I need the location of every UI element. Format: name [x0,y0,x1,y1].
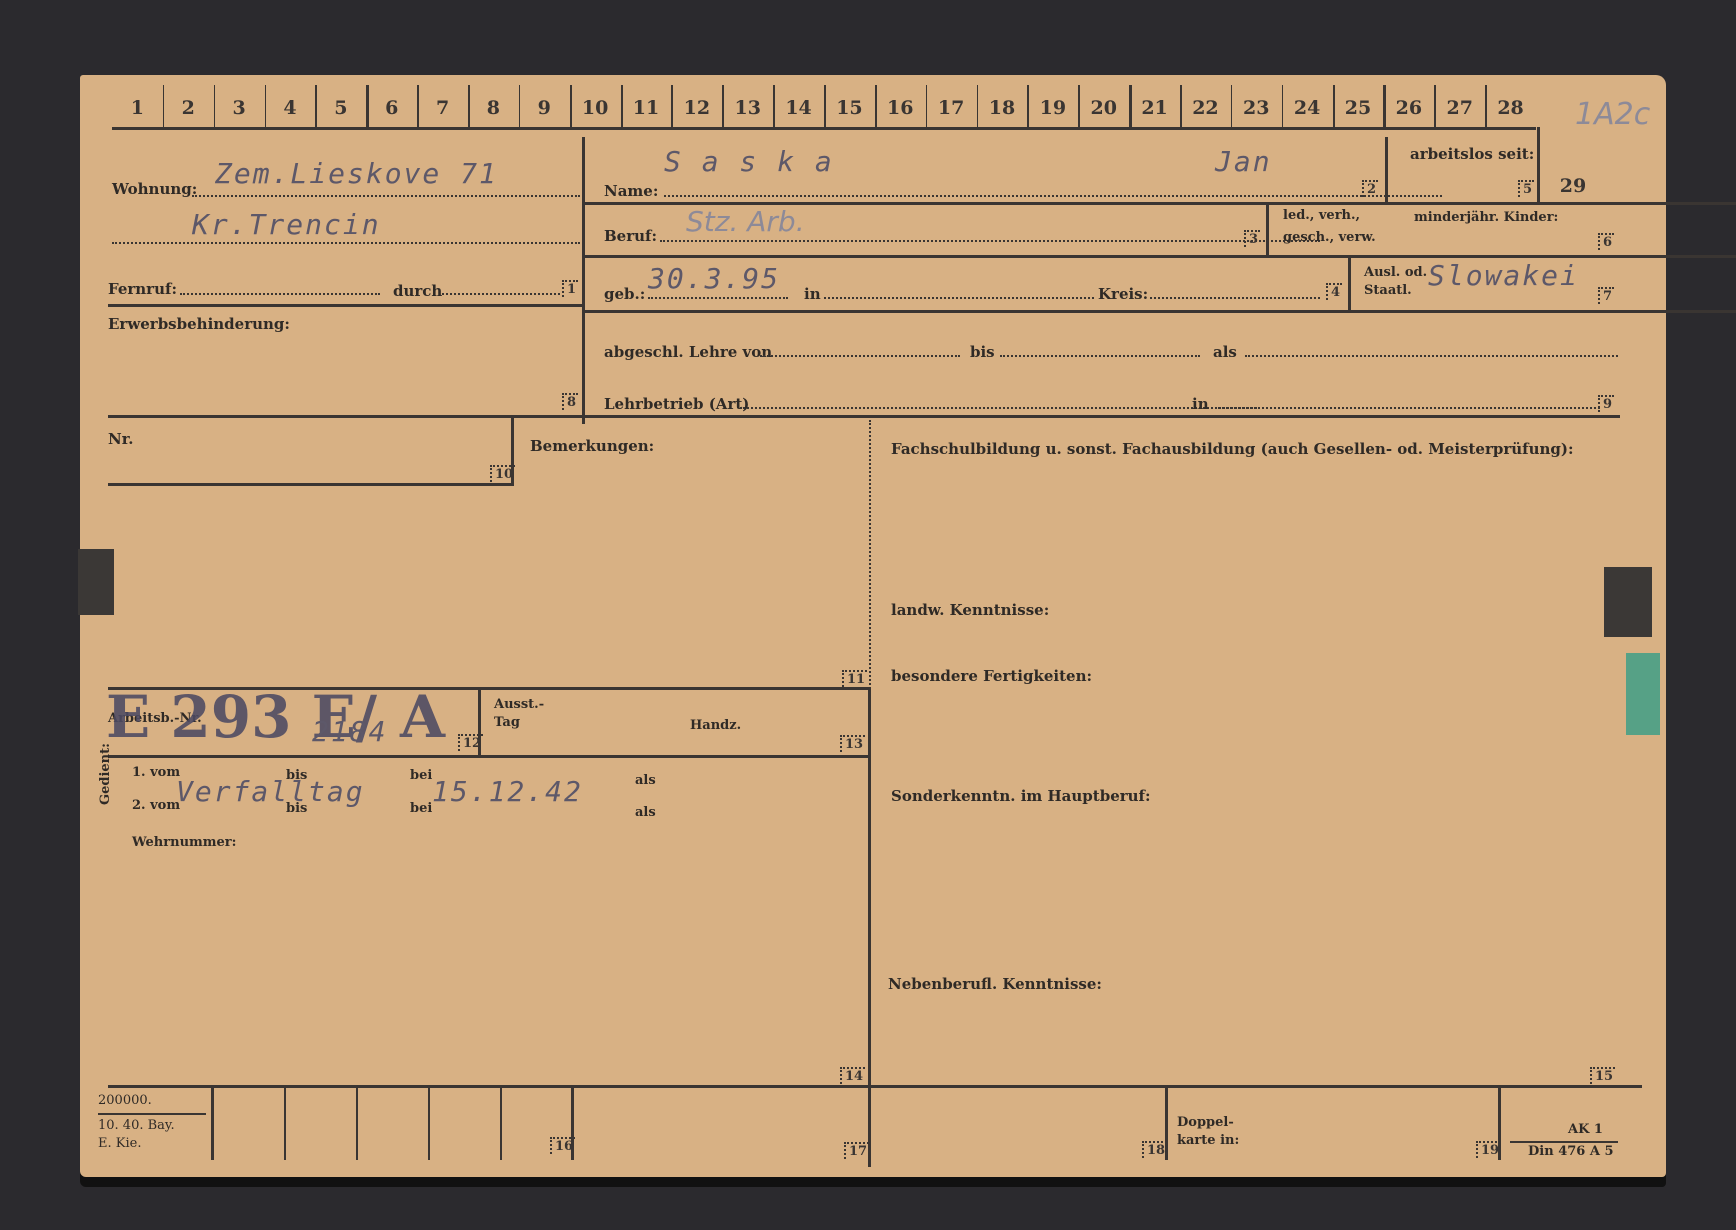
name-label: Name: [604,182,658,200]
fernruf-line [180,293,380,295]
wohnung-label: Wohnung: [112,180,197,198]
field-box-9: 9 [1598,395,1614,412]
column-number-24: 24 [1287,97,1327,119]
fachschul-label: Fachschulbildung u. sonst. Fachausbildun… [891,440,1574,458]
column-separator [875,85,878,129]
print-run: 200000. [98,1093,152,1108]
field-box-5: 5 [1518,180,1534,197]
column-number-13: 13 [728,97,768,119]
rule [108,483,514,486]
durch-label: durch [393,282,442,300]
column-number-25: 25 [1338,97,1378,119]
column-number-20: 20 [1084,97,1124,119]
din-code: Din 476 A 5 [1528,1144,1614,1159]
column-number-28: 28 [1491,97,1531,119]
field-box-2: 2 [1362,180,1378,197]
column-number-6: 6 [372,97,412,119]
lehrbetrieb-label: Lehrbetrieb (Art) [604,395,749,413]
geb-value[interactable]: 30.3.95 [648,262,780,295]
column-number-21: 21 [1135,97,1175,119]
rule [1510,1141,1618,1143]
beruf-line [660,240,1320,242]
rule [582,255,1736,258]
column-separator [1129,85,1132,129]
column-separator [1485,85,1487,129]
handz-label: Handz. [690,718,741,733]
divider [356,1087,358,1160]
lehre-von-line [760,355,960,357]
field-box-17: 17 [844,1142,869,1159]
field-box-16: 16 [550,1137,575,1154]
arbeitsbuch-stamp-suffix: A [400,683,445,751]
column-number-5: 5 [321,97,361,119]
ausst-label-1: Ausst.- [494,697,544,712]
column-separator [773,85,775,129]
fertigkeiten-label: besondere Fertigkeiten: [891,667,1092,685]
gedient-row1-vom: 1. vom [132,765,180,780]
doppelkarte-label-2: karte in: [1177,1133,1239,1148]
column-separator [265,85,267,129]
verfalltag-typed[interactable]: Verfalltag [176,775,365,808]
field-box-3: 3 [1244,230,1260,247]
field-box-15: 15 [1590,1067,1615,1084]
gedient-row2-bei: bei [410,801,432,816]
gedient-row1-als: als [635,773,656,788]
rule [108,415,1620,418]
column-separator [1333,85,1336,129]
divider [500,1087,502,1160]
field-box-14: 14 [840,1067,865,1084]
column-number-10: 10 [575,97,615,119]
column-separator [1027,85,1029,129]
column-separator [468,85,470,129]
rule [582,310,1736,313]
lehre-bis-label: bis [970,343,995,361]
divider [1537,127,1540,205]
geb-label: geb.: [604,285,645,303]
divider [478,687,481,757]
column-separator [315,85,317,129]
form-code: AK 1 [1568,1122,1603,1137]
lehre-als-label: als [1213,343,1237,361]
ausst-label-2: Tag [494,715,520,730]
beruf-label: Beruf: [604,227,657,245]
erwerbsbehinderung-label: Erwerbsbehinderung: [108,315,290,333]
divider [211,1085,214,1160]
lehre-bis-line [1000,355,1200,357]
verfalltag-date-typed[interactable]: 15.12.42 [432,775,583,808]
landw-label: landw. Kenntnisse: [891,601,1049,619]
print-info-2: E. Kie. [98,1136,141,1151]
column-number-9: 9 [524,97,564,119]
column-number-12: 12 [677,97,717,119]
column-separator [417,85,419,129]
column-number-16: 16 [880,97,920,119]
staat-label-2: Staatl. [1364,283,1412,298]
field-box-19: 19 [1476,1141,1501,1158]
field-box-8: 8 [562,393,578,410]
sonderkenntn-label: Sonderkenntn. im Hauptberuf: [891,787,1151,805]
bemerkungen-label: Bemerkungen: [530,437,654,455]
beruf-value[interactable]: Stz. Arb. [686,205,805,238]
familienstand-label-1: led., verh., [1283,208,1360,223]
arbeitslos-label: arbeitslos seit: [1410,145,1534,163]
geb-line [648,297,788,299]
lehre-als-line [1245,355,1618,357]
field-box-6: 6 [1598,233,1614,250]
column-number-7: 7 [423,97,463,119]
field-box-1: 1 [562,280,578,297]
doppelkarte-label-1: Doppel- [1177,1115,1234,1130]
field-box-11: 11 [842,670,867,687]
column-separator [570,85,573,129]
column-number-29: 29 [1553,175,1593,197]
column-separator [824,85,826,129]
field-box-13: 13 [840,735,865,752]
fernruf-label: Fernruf: [108,280,177,298]
column-number-17: 17 [931,97,971,119]
wohnung-value-line1[interactable]: Zem.Lieskove 71 [215,157,498,190]
divider [1348,255,1351,312]
column-separator [366,85,369,129]
green-marker [1626,653,1660,735]
gedient-row2-als: als [635,805,656,820]
divider [1385,137,1388,205]
column-number-11: 11 [626,97,666,119]
column-number-18: 18 [982,97,1022,119]
column-separator [1383,85,1386,129]
rule [98,1113,206,1115]
kinder-label: minderjähr. Kinder: [1414,210,1558,225]
geb-in-line [824,297,1094,299]
rule [108,755,870,758]
first-name-value[interactable]: Jan [1215,145,1272,178]
index-tab-right [1604,567,1652,637]
column-separator [977,85,979,129]
wohnung-value-line2[interactable]: Kr.Trencin [192,208,381,241]
staat-label-1: Ausl. od. [1364,265,1427,280]
rule [108,304,584,307]
column-number-2: 2 [168,97,208,119]
kreis-label: Kreis: [1098,285,1148,303]
name-line [664,195,1442,197]
column-number-15: 15 [829,97,869,119]
column-separator [1434,85,1436,129]
familienstand-label-2: gesch., verw. [1283,230,1376,245]
gedient-row1-bei: bei [410,768,432,783]
column-separator [214,85,216,129]
column-number-14: 14 [779,97,819,119]
column-separator [621,85,624,129]
column-separator [722,85,724,129]
column-number-22: 22 [1185,97,1225,119]
column-number-8: 8 [473,97,513,119]
durch-line [442,293,560,295]
gedient-row2-vom: 2. vom [132,798,180,813]
nr-label: Nr. [108,430,133,448]
divider [284,1087,286,1160]
corner-pencil-note: 1A2c [1575,97,1650,132]
lehrbetrieb-line [740,407,1260,409]
column-separator [1078,85,1080,129]
registration-card: 29 1A2c Wohnung: Zem.Lieskove 71 Kr.Tren… [80,75,1666,1177]
print-info-1: 10. 40. Bay. [98,1118,175,1133]
wehrnummer-label: Wehrnummer: [132,835,236,850]
column-number-4: 4 [270,97,310,119]
wohnung-line1 [192,195,580,197]
index-tab-left [78,549,114,615]
divider-left-right [582,137,585,424]
column-separator [519,85,521,129]
lehrbetrieb-in-line [1215,407,1600,409]
column-separator [926,85,928,129]
column-number-1: 1 [117,97,157,119]
wohnung-line2 [112,242,580,244]
column-number-3: 3 [219,97,259,119]
lehrbetrieb-in-label: in [1192,395,1209,413]
column-separator [163,85,165,129]
column-number-19: 19 [1033,97,1073,119]
divider-vertical-center [868,687,871,1167]
surname-value[interactable]: S a s k a [664,145,834,178]
field-box-7: 7 [1598,287,1614,304]
column-number-27: 27 [1440,97,1480,119]
column-number-26: 26 [1389,97,1429,119]
column-separator [1231,85,1233,129]
staat-value[interactable]: Slowakei [1428,259,1579,292]
kreis-line [1150,297,1320,299]
field-box-4: 4 [1326,283,1342,300]
column-separator [1180,85,1182,129]
column-separator [1282,85,1284,129]
field-box-18: 18 [1142,1141,1167,1158]
lehre-label: abgeschl. Lehre von [604,343,772,361]
column-number-23: 23 [1236,97,1276,119]
divider [428,1087,430,1160]
footer-rule [108,1085,1642,1088]
geb-in-label: in [804,285,821,303]
nebenberufl-label: Nebenberufl. Kenntnisse: [888,975,1102,993]
arbeitsbuch-stamp-number: 2184 [312,715,387,748]
gedient-side-label: Gedient: [98,743,113,805]
divider [1266,202,1269,257]
divider [511,415,514,485]
column-separator [671,85,673,129]
